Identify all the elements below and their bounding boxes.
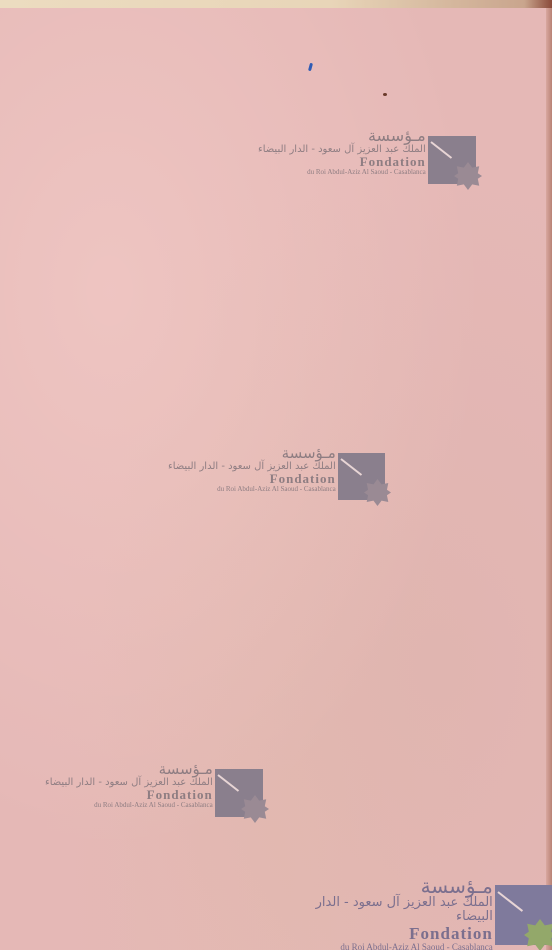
watermark-arabic-subtitle: الملك عبد العزيز آل سعود - الدار البيضاء (285, 896, 493, 925)
watermark-french-subtitle: du Roi Abdul-Aziz Al Saoud - Casablanca (285, 943, 493, 950)
watermark-bottom: مـؤسسة الملك عبد العزيز آل سعود - الدار … (285, 876, 552, 950)
watermark-arabic-title: مـؤسسة (45, 762, 213, 777)
watermark-arabic-title: مـؤسسة (168, 446, 336, 461)
watermark-middle: مـؤسسة الملك عبد العزيز آل سعود - الدار … (168, 446, 385, 500)
watermark-french-subtitle: du Roi Abdul-Aziz Al Saoud - Casablanca (168, 486, 336, 494)
star-icon (524, 919, 552, 950)
star-icon (241, 795, 269, 823)
watermark-french-subtitle: du Roi Abdul-Aziz Al Saoud - Casablanca (45, 802, 213, 810)
page-right-edge (546, 8, 552, 950)
watermark-french-title: Fondation (168, 472, 336, 486)
foundation-logo-icon (428, 136, 476, 184)
foundation-logo-icon (338, 453, 385, 500)
watermark-french-title: Fondation (258, 155, 426, 169)
dirt-speck (383, 93, 387, 96)
watermark-french-title: Fondation (285, 925, 493, 944)
watermark-top: مـؤسسة الملك عبد العزيز آل سعود - الدار … (258, 128, 476, 184)
foundation-logo-icon (495, 885, 552, 945)
watermark-lower: مـؤسسة الملك عبد العزيز آل سعود - الدار … (45, 762, 263, 817)
watermark-french-subtitle: du Roi Abdul-Aziz Al Saoud - Casablanca (258, 169, 426, 177)
foundation-logo-icon (215, 769, 263, 817)
star-icon (454, 162, 482, 190)
watermark-arabic-title: مـؤسسة (285, 876, 493, 896)
watermark-french-title: Fondation (45, 788, 213, 802)
star-icon (364, 479, 391, 506)
watermark-arabic-title: مـؤسسة (258, 128, 426, 144)
